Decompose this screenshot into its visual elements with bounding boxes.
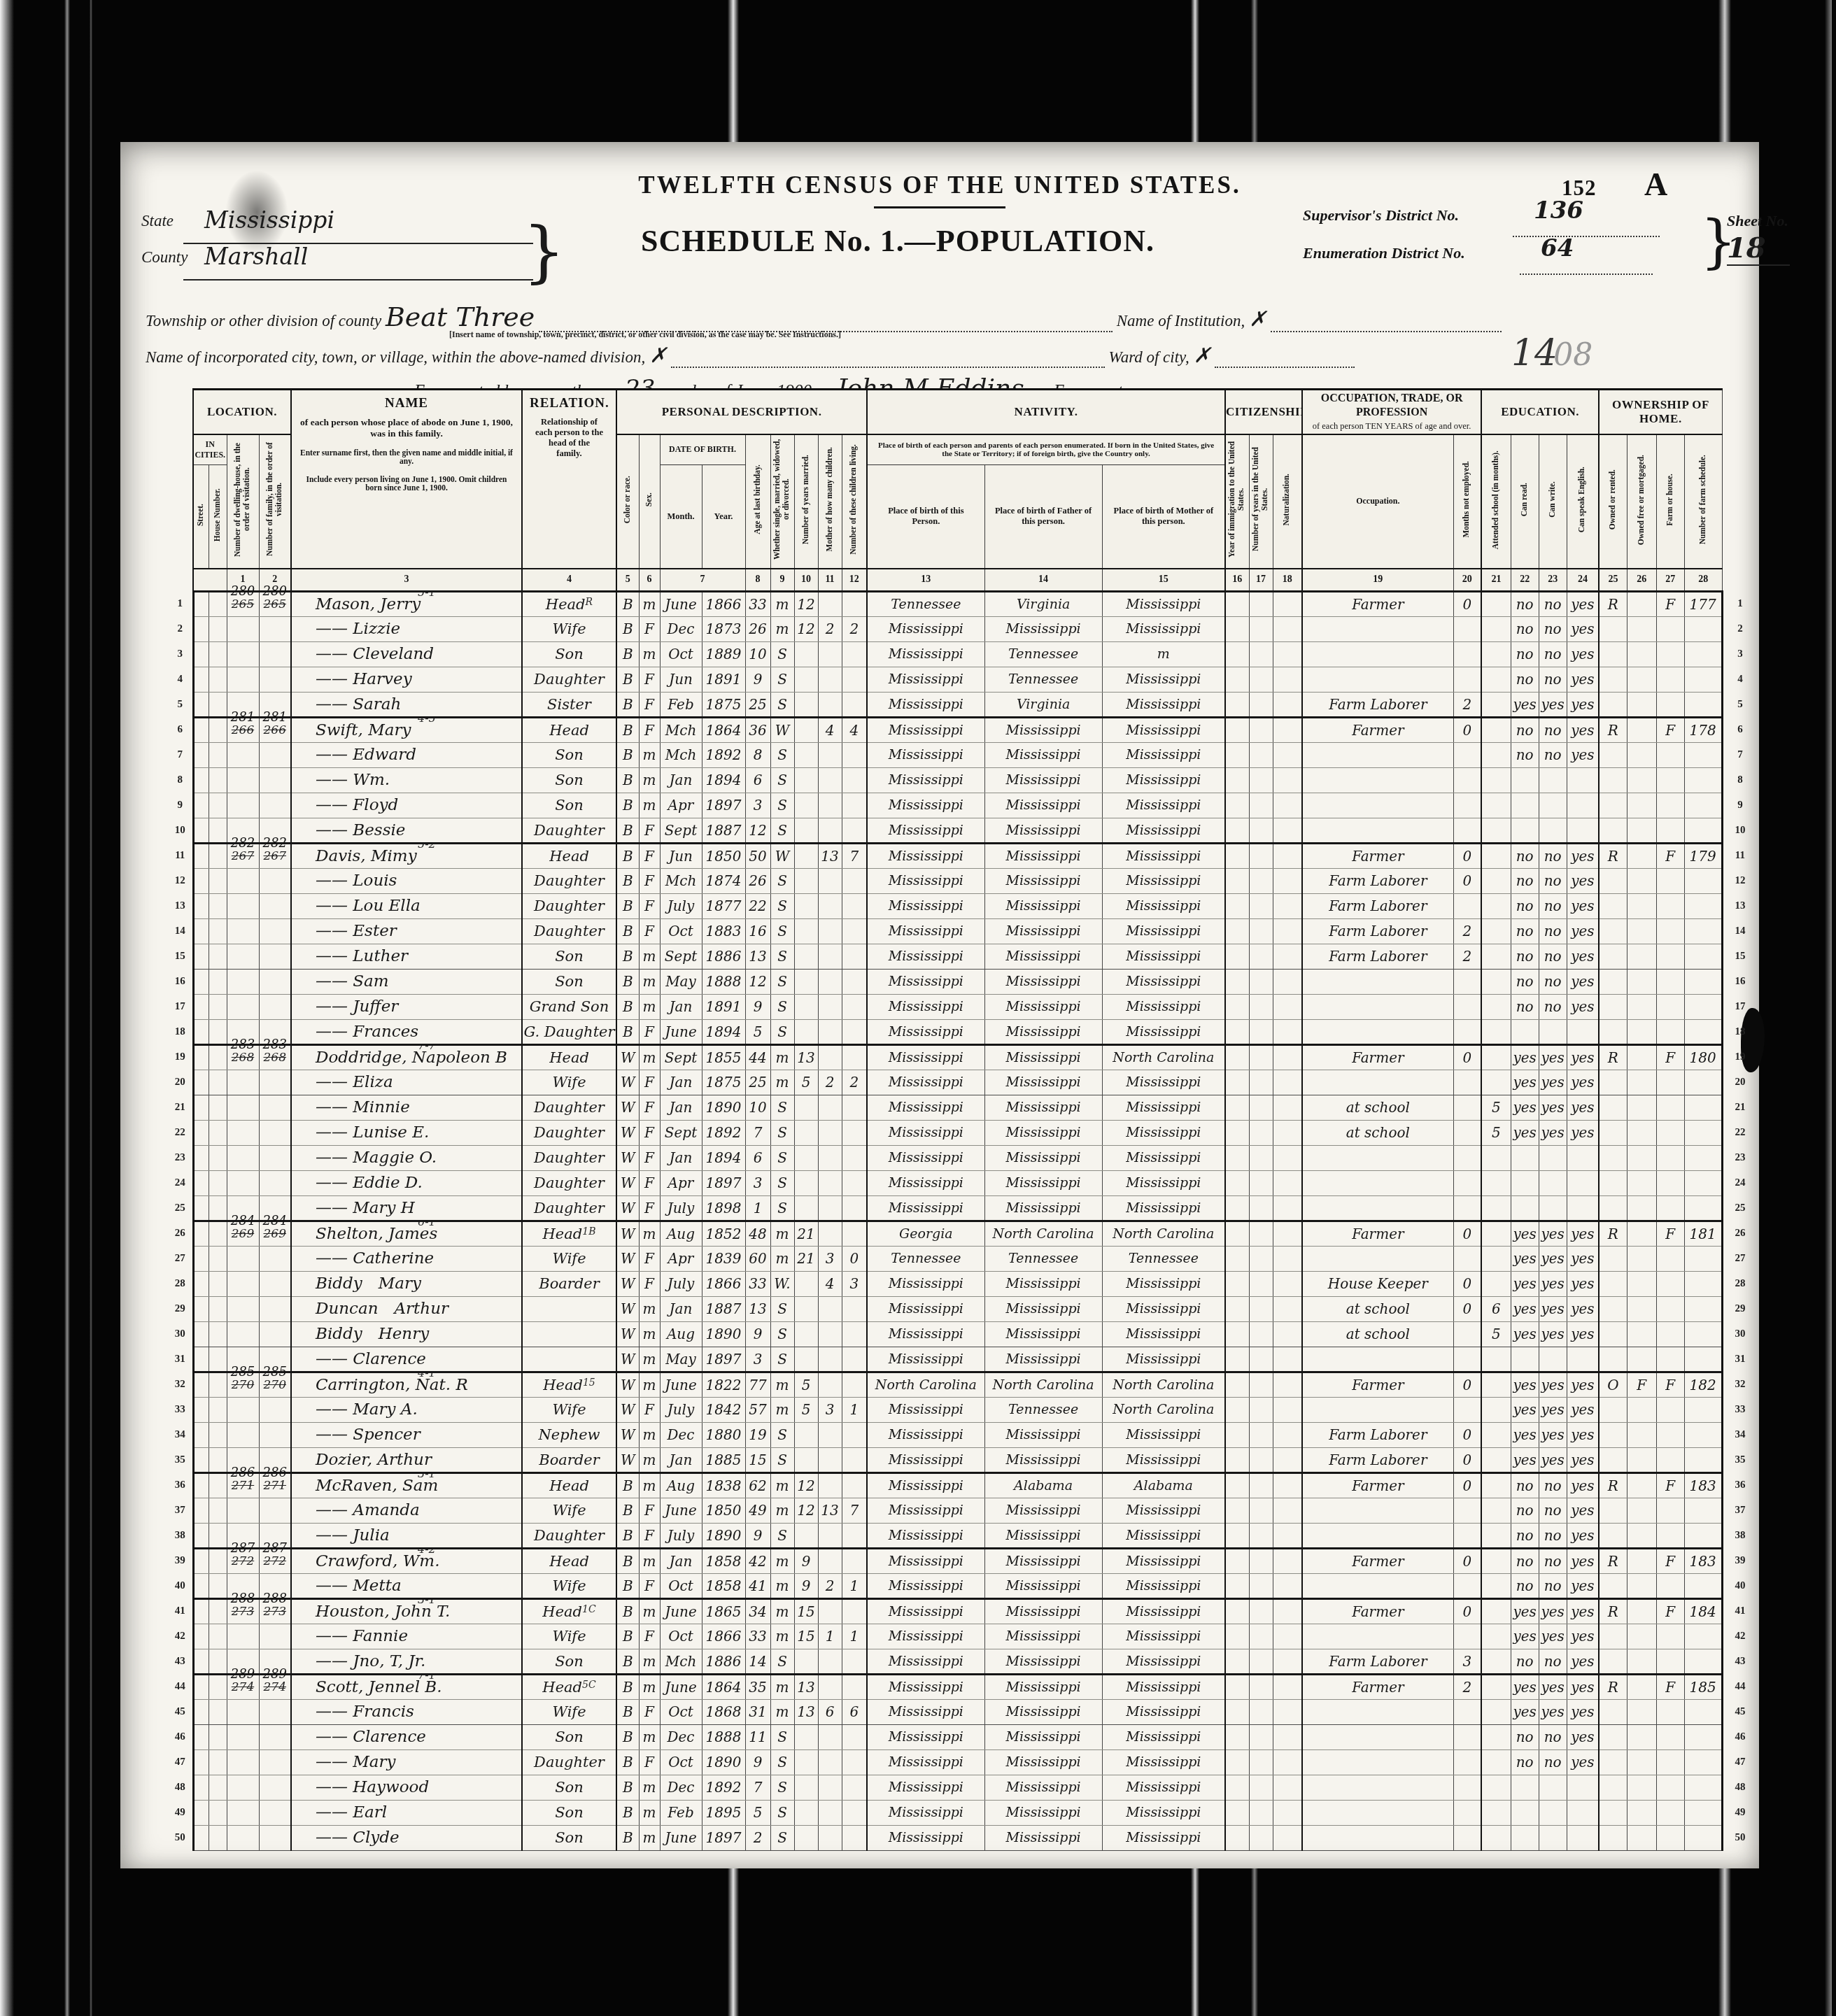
naturalization-cell	[1273, 1044, 1302, 1070]
marital-status-cell: S	[770, 1800, 794, 1825]
relation-cell: Wife	[522, 1246, 616, 1271]
row-number-right: 33	[1722, 1397, 1757, 1422]
owned-rented-cell	[1599, 1347, 1627, 1372]
owned-rented-cell	[1599, 1749, 1627, 1775]
family-number	[259, 893, 291, 918]
year-immigration-cell	[1225, 1472, 1249, 1498]
family-number	[259, 1246, 291, 1271]
house-number-cell	[209, 868, 227, 893]
row-number-right: 47	[1722, 1749, 1757, 1775]
row-number-left: 21	[168, 1095, 193, 1120]
can-read-cell	[1511, 1145, 1539, 1170]
years-in-us-cell	[1249, 1397, 1273, 1422]
owned-free-mortgaged-cell	[1627, 1800, 1656, 1825]
farm-or-house-cell	[1656, 1498, 1684, 1523]
occupation-cell	[1302, 742, 1453, 767]
can-write-cell: no	[1539, 616, 1567, 641]
years-in-us-cell	[1249, 1649, 1273, 1674]
sex-cell: F	[639, 1195, 660, 1221]
row-number-left: 14	[168, 918, 193, 944]
name-cell: —— Amanda	[291, 1498, 522, 1523]
street-cell	[193, 641, 209, 667]
mother-of-children-cell	[818, 1472, 842, 1498]
row-number-right: 42	[1722, 1624, 1757, 1649]
row-number-left: 43	[168, 1649, 193, 1674]
months-not-employed-cell	[1453, 1825, 1481, 1850]
sex-cell: F	[639, 667, 660, 692]
years-married-cell	[794, 1523, 818, 1548]
mother-of-children-cell	[818, 994, 842, 1019]
pob-father-cell: Mississippi	[984, 1170, 1102, 1195]
dwelling-number	[227, 893, 259, 918]
ward-value: ✗	[1194, 343, 1211, 368]
header-children-living: Number of these children living.	[842, 434, 867, 569]
years-married-cell: 21	[794, 1246, 818, 1271]
street-cell	[193, 994, 209, 1019]
birth-year-cell: 1858	[702, 1548, 745, 1573]
attended-school-cell	[1481, 641, 1511, 667]
farm-or-house-cell	[1656, 1422, 1684, 1447]
birth-year-cell: 1892	[702, 1775, 745, 1800]
table-row: 30Biddy HenryWmAug18909SMississippiMissi…	[168, 1321, 1757, 1347]
attended-school-cell	[1481, 969, 1511, 994]
color-cell: W	[616, 1397, 639, 1422]
farm-schedule-cell: 183	[1684, 1548, 1722, 1573]
birth-month-cell: Apr	[660, 1170, 702, 1195]
film-scan: { "page": { "census_title": "TWELFTH CEN…	[0, 0, 1836, 2016]
can-speak-cell: yes	[1567, 1397, 1599, 1422]
marital-status-cell: m	[770, 1070, 794, 1095]
pob-person-cell: Mississippi	[867, 1170, 984, 1195]
owned-rented-cell	[1599, 818, 1627, 843]
years-married-cell	[794, 1095, 818, 1120]
table-row: 45—— FrancisWifeBFOct186831m1366Mississi…	[168, 1699, 1757, 1724]
house-number-cell	[209, 1422, 227, 1447]
years-in-us-cell	[1249, 1573, 1273, 1598]
years-in-us-cell	[1249, 1674, 1273, 1699]
can-speak-cell	[1567, 1145, 1599, 1170]
years-in-us-cell	[1249, 1170, 1273, 1195]
birth-year-cell: 1894	[702, 767, 745, 793]
pob-mother-cell: Mississippi	[1102, 591, 1225, 616]
months-not-employed-cell: 0	[1453, 1548, 1481, 1573]
can-speak-cell: yes	[1567, 692, 1599, 717]
year-immigration-cell	[1225, 1573, 1249, 1598]
city-line: Name of incorporated city, town, or vill…	[146, 343, 1748, 368]
can-speak-cell: yes	[1567, 843, 1599, 868]
occupation-cell: Farm Laborer	[1302, 1422, 1453, 1447]
age-cell: 77	[745, 1372, 770, 1397]
owned-free-mortgaged-cell	[1627, 1649, 1656, 1674]
dwelling-number	[227, 742, 259, 767]
dwelling-number	[227, 1296, 259, 1321]
header-can-read: Can read.	[1511, 434, 1539, 569]
owned-rented-cell	[1599, 767, 1627, 793]
birth-month-cell: July	[660, 893, 702, 918]
mother-of-children-cell: 3	[818, 1246, 842, 1271]
row-number-right: 38	[1722, 1523, 1757, 1548]
row-number-right: 26	[1722, 1221, 1757, 1246]
dwelling-number	[227, 1422, 259, 1447]
street-cell	[193, 1221, 209, 1246]
can-speak-cell: yes	[1567, 918, 1599, 944]
row-number-right: 15	[1722, 944, 1757, 969]
year-immigration-cell	[1225, 1548, 1249, 1573]
birth-year-cell: 1883	[702, 918, 745, 944]
year-immigration-cell	[1225, 1775, 1249, 1800]
can-write-cell: no	[1539, 918, 1567, 944]
birth-month-cell: June	[660, 1598, 702, 1624]
header-months-not-employed: Months not employed.	[1453, 434, 1481, 569]
naturalization-cell	[1273, 1170, 1302, 1195]
year-immigration-cell	[1225, 742, 1249, 767]
pob-person-cell: Mississippi	[867, 1019, 984, 1044]
farm-schedule-cell	[1684, 1271, 1722, 1296]
year-immigration-cell	[1225, 918, 1249, 944]
row-number-right: 3	[1722, 641, 1757, 667]
occupation-cell: at school	[1302, 1120, 1453, 1145]
street-cell	[193, 1296, 209, 1321]
naturalization-cell	[1273, 994, 1302, 1019]
dwelling-number	[227, 1775, 259, 1800]
naturalization-cell	[1273, 1498, 1302, 1523]
can-write-cell: yes	[1539, 1296, 1567, 1321]
house-number-cell	[209, 1221, 227, 1246]
owned-rented-cell	[1599, 1624, 1627, 1649]
can-write-cell: yes	[1539, 1246, 1567, 1271]
dwelling-number	[227, 1095, 259, 1120]
mother-of-children-cell: 4	[818, 717, 842, 742]
can-read-cell: no	[1511, 969, 1539, 994]
years-in-us-cell	[1249, 1347, 1273, 1372]
can-speak-cell: yes	[1567, 591, 1599, 616]
owned-rented-cell	[1599, 1800, 1627, 1825]
mother-of-children-cell	[818, 1321, 842, 1347]
months-not-employed-cell	[1453, 1120, 1481, 1145]
children-living-cell	[842, 1724, 867, 1749]
street-cell	[193, 1195, 209, 1221]
occupation-cell: House Keeper	[1302, 1271, 1453, 1296]
year-immigration-cell	[1225, 1674, 1249, 1699]
row-number-right: 19	[1722, 1044, 1757, 1070]
row-number-right: 44	[1722, 1674, 1757, 1699]
relation-cell: Sister	[522, 692, 616, 717]
sex-cell: F	[639, 717, 660, 742]
can-write-cell: no	[1539, 667, 1567, 692]
years-in-us-cell	[1249, 1321, 1273, 1347]
table-row: 17—— JufferGrand SonBmJan18919SMississip…	[168, 994, 1757, 1019]
film-streak	[64, 0, 70, 2016]
pob-person-cell: Mississippi	[867, 767, 984, 793]
relation-cell: Grand Son	[522, 994, 616, 1019]
can-speak-cell: yes	[1567, 1624, 1599, 1649]
mother-of-children-cell	[818, 1825, 842, 1850]
relation-cell	[522, 1347, 616, 1372]
years-in-us-cell	[1249, 944, 1273, 969]
years-married-cell	[794, 868, 818, 893]
age-cell: 35	[745, 1674, 770, 1699]
table-row: 9—— FloydSonBmApr18973SMississippiMissis…	[168, 793, 1757, 818]
pob-person-cell: Mississippi	[867, 1095, 984, 1120]
naturalization-cell	[1273, 1221, 1302, 1246]
mother-of-children-cell	[818, 1548, 842, 1573]
can-write-cell	[1539, 1347, 1567, 1372]
sex-cell: m	[639, 1422, 660, 1447]
marital-status-cell: S	[770, 1775, 794, 1800]
naturalization-cell	[1273, 1422, 1302, 1447]
children-living-cell	[842, 692, 867, 717]
can-read-cell: yes	[1511, 1447, 1539, 1472]
mother-of-children-cell	[818, 969, 842, 994]
farm-schedule-cell: 181	[1684, 1221, 1722, 1246]
months-not-employed-cell	[1453, 641, 1481, 667]
attended-school-cell	[1481, 1246, 1511, 1271]
table-row: 31—— ClarenceWmMay18973SMississippiMissi…	[168, 1347, 1757, 1372]
can-speak-cell: yes	[1567, 1548, 1599, 1573]
birth-month-cell: Jan	[660, 767, 702, 793]
marital-status-cell: S	[770, 1749, 794, 1775]
can-read-cell: no	[1511, 717, 1539, 742]
farm-schedule-cell: 177	[1684, 591, 1722, 616]
months-not-employed-cell	[1453, 1699, 1481, 1724]
can-write-cell: yes	[1539, 1699, 1567, 1724]
house-number-cell	[209, 667, 227, 692]
months-not-employed-cell	[1453, 1498, 1481, 1523]
farm-schedule-cell	[1684, 1800, 1722, 1825]
owned-rented-cell	[1599, 1422, 1627, 1447]
pob-father-cell: Mississippi	[984, 1498, 1102, 1523]
row-number-left: 39	[168, 1548, 193, 1573]
table-row: 28Biddy MaryBoarderWFJuly186633W.43Missi…	[168, 1271, 1757, 1296]
owned-rented-cell	[1599, 1825, 1627, 1850]
family-number	[259, 1749, 291, 1775]
pob-mother-cell: m	[1102, 641, 1225, 667]
children-living-cell: 7	[842, 1498, 867, 1523]
birth-month-cell: May	[660, 969, 702, 994]
marital-status-cell: S	[770, 1447, 794, 1472]
family-number	[259, 1498, 291, 1523]
year-immigration-cell	[1225, 994, 1249, 1019]
can-write-cell: yes	[1539, 1422, 1567, 1447]
row-number-left: 49	[168, 1800, 193, 1825]
row-number-right: 7	[1722, 742, 1757, 767]
table-row: 262842692842696-1Shelton, JamesHead1BWmA…	[168, 1221, 1757, 1246]
dwelling-number: 281266	[227, 717, 259, 742]
sex-cell: m	[639, 1598, 660, 1624]
house-number-cell	[209, 1775, 227, 1800]
table-row: 12—— LouisDaughterBFMch187426SMississipp…	[168, 868, 1757, 893]
years-married-cell: 13	[794, 1699, 818, 1724]
years-in-us-cell	[1249, 994, 1273, 1019]
dwelling-number: 284269	[227, 1221, 259, 1246]
pob-mother-cell: Mississippi	[1102, 994, 1225, 1019]
age-cell: 15	[745, 1447, 770, 1472]
years-married-cell	[794, 1649, 818, 1674]
farm-schedule-cell	[1684, 742, 1722, 767]
farm-or-house-cell: F	[1656, 717, 1684, 742]
pob-mother-cell: Mississippi	[1102, 1271, 1225, 1296]
row-number-left: 36	[168, 1472, 193, 1498]
owned-free-mortgaged-cell	[1627, 893, 1656, 918]
owned-rented-cell: R	[1599, 1472, 1627, 1498]
year-immigration-cell	[1225, 1699, 1249, 1724]
pob-mother-cell: Mississippi	[1102, 1724, 1225, 1749]
stamp-08: 08	[1553, 337, 1593, 373]
can-write-cell: no	[1539, 742, 1567, 767]
years-in-us-cell	[1249, 868, 1273, 893]
birth-month-cell: Mch	[660, 1649, 702, 1674]
pob-mother-cell: Mississippi	[1102, 692, 1225, 717]
farm-schedule-cell	[1684, 1246, 1722, 1271]
table-row: 2—— LizzieWifeBFDec187326m1222Mississipp…	[168, 616, 1757, 641]
table-row: 4—— HarveyDaughterBFJun18919SMississippi…	[168, 667, 1757, 692]
pob-person-cell: Mississippi	[867, 1624, 984, 1649]
years-married-cell	[794, 1296, 818, 1321]
birth-year-cell: 1892	[702, 1120, 745, 1145]
row-number-left: 11	[168, 843, 193, 868]
farm-or-house-cell	[1656, 641, 1684, 667]
birth-year-cell: 1875	[702, 692, 745, 717]
birth-year-cell: 1864	[702, 717, 745, 742]
family-number	[259, 1145, 291, 1170]
year-immigration-cell	[1225, 717, 1249, 742]
relation-cell: Son	[522, 1775, 616, 1800]
house-number-cell	[209, 1749, 227, 1775]
sex-cell: m	[639, 1800, 660, 1825]
mother-of-children-cell	[818, 1649, 842, 1674]
sex-cell: m	[639, 994, 660, 1019]
children-living-cell	[842, 1195, 867, 1221]
mother-of-children-cell	[818, 1447, 842, 1472]
months-not-employed-cell: 0	[1453, 591, 1481, 616]
year-immigration-cell	[1225, 1447, 1249, 1472]
farm-schedule-cell	[1684, 1422, 1722, 1447]
can-speak-cell: yes	[1567, 1044, 1599, 1070]
farm-schedule-cell	[1684, 1775, 1722, 1800]
attended-school-cell	[1481, 918, 1511, 944]
relation-cell: Daughter	[522, 1749, 616, 1775]
row-number-left: 5	[168, 692, 193, 717]
pob-father-cell: Mississippi	[984, 1095, 1102, 1120]
house-number-cell	[209, 994, 227, 1019]
row-number-left: 45	[168, 1699, 193, 1724]
children-living-cell	[842, 1019, 867, 1044]
header-month: Month.	[660, 465, 702, 569]
header-name: NAME of each person whose place of abode…	[291, 390, 522, 569]
dwelling-number	[227, 1624, 259, 1649]
can-write-cell: no	[1539, 843, 1567, 868]
sex-cell: m	[639, 1372, 660, 1397]
naturalization-cell	[1273, 893, 1302, 918]
age-cell: 3	[745, 1347, 770, 1372]
row-number-right: 11	[1722, 843, 1757, 868]
birth-month-cell: Sept	[660, 818, 702, 843]
farm-or-house-cell: F	[1656, 843, 1684, 868]
farm-or-house-cell	[1656, 1800, 1684, 1825]
years-married-cell	[794, 843, 818, 868]
color-cell: W	[616, 1221, 639, 1246]
name-cell: —— Sam	[291, 969, 522, 994]
can-write-cell: yes	[1539, 1624, 1567, 1649]
farm-schedule-cell: 182	[1684, 1372, 1722, 1397]
name-cell: —— Clarence	[291, 1347, 522, 1372]
mother-of-children-cell: 2	[818, 616, 842, 641]
sex-cell: F	[639, 893, 660, 918]
relation-cell: Son	[522, 1800, 616, 1825]
house-number-cell	[209, 717, 227, 742]
pob-mother-cell: Mississippi	[1102, 1749, 1225, 1775]
children-living-cell	[842, 1044, 867, 1070]
owned-free-mortgaged-cell	[1627, 591, 1656, 616]
house-number-cell	[209, 818, 227, 843]
county-value: Marshall	[204, 243, 308, 270]
relation-cell: Son	[522, 1724, 616, 1749]
name-cell: —— Mary A.	[291, 1397, 522, 1422]
row-number-right: 21	[1722, 1095, 1757, 1120]
birth-year-cell: 1897	[702, 793, 745, 818]
years-married-cell	[794, 1347, 818, 1372]
family-number: 289274	[259, 1674, 291, 1699]
header-owned-rented: Owned or rented.	[1599, 434, 1627, 569]
year-immigration-cell	[1225, 793, 1249, 818]
marital-status-cell: m	[770, 1221, 794, 1246]
family-number	[259, 1699, 291, 1724]
year-immigration-cell	[1225, 1397, 1249, 1422]
house-number-cell	[209, 1699, 227, 1724]
pob-mother-cell: Mississippi	[1102, 667, 1225, 692]
can-read-cell: no	[1511, 1649, 1539, 1674]
owned-free-mortgaged-cell	[1627, 1246, 1656, 1271]
naturalization-cell	[1273, 1145, 1302, 1170]
age-cell: 14	[745, 1649, 770, 1674]
years-married-cell: 5	[794, 1070, 818, 1095]
pob-mother-cell: North Carolina	[1102, 1397, 1225, 1422]
years-in-us-cell	[1249, 767, 1273, 793]
birth-month-cell: June	[660, 1498, 702, 1523]
mother-of-children-cell: 3	[818, 1397, 842, 1422]
relation-cell: Daughter	[522, 1195, 616, 1221]
name-cell: Biddy Henry	[291, 1321, 522, 1347]
occupation-cell: Farmer	[1302, 1548, 1453, 1573]
census-sheet: TWELFTH CENSUS OF THE UNITED STATES. 152…	[120, 142, 1759, 1868]
can-speak-cell: yes	[1567, 616, 1599, 641]
farm-schedule-cell	[1684, 1019, 1722, 1044]
table-row: 8—— Wm.SonBmJan18946SMississippiMississi…	[168, 767, 1757, 793]
farm-or-house-cell	[1656, 793, 1684, 818]
pob-father-cell: Mississippi	[984, 969, 1102, 994]
pob-father-cell: Mississippi	[984, 1044, 1102, 1070]
months-not-employed-cell: 0	[1453, 1044, 1481, 1070]
year-immigration-cell	[1225, 1221, 1249, 1246]
farm-or-house-cell	[1656, 1724, 1684, 1749]
district-block: Supervisor's District No. 136 Enumeratio…	[1303, 206, 1695, 282]
institution-value: ✗	[1249, 307, 1266, 332]
sex-cell: m	[639, 1472, 660, 1498]
owned-rented-cell: O	[1599, 1372, 1627, 1397]
family-number	[259, 1724, 291, 1749]
table-row: 10—— BessieDaughterBFSept188712SMississi…	[168, 818, 1757, 843]
year-immigration-cell	[1225, 1120, 1249, 1145]
row-number-right: 50	[1722, 1825, 1757, 1850]
naturalization-cell	[1273, 1825, 1302, 1850]
farm-or-house-cell	[1656, 692, 1684, 717]
age-cell: 10	[745, 641, 770, 667]
attended-school-cell	[1481, 742, 1511, 767]
year-immigration-cell	[1225, 1070, 1249, 1095]
dwelling-number	[227, 944, 259, 969]
sex-cell: F	[639, 692, 660, 717]
pob-person-cell: Mississippi	[867, 1195, 984, 1221]
